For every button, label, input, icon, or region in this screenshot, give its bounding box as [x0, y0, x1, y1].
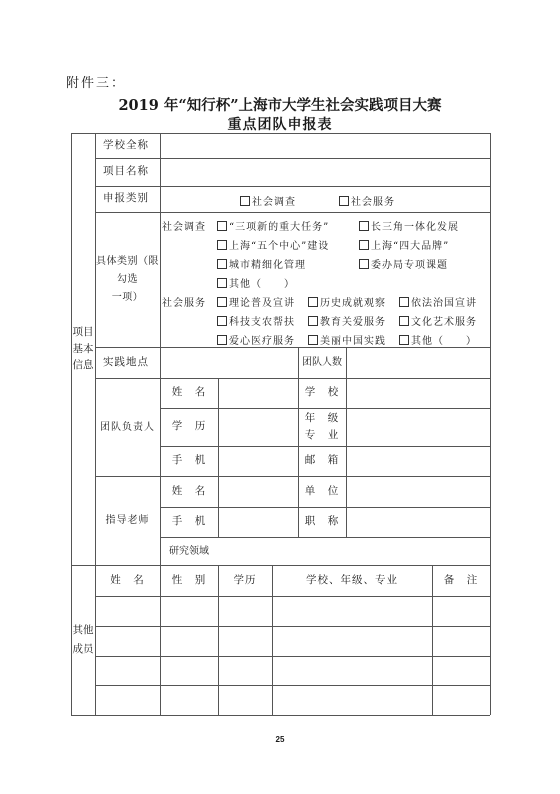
checkbox-icon[interactable] — [217, 278, 227, 288]
survey-option[interactable]: “三项新的重大任务” — [217, 218, 329, 233]
category-label: 申报类别 — [95, 186, 160, 212]
option-label: 城市精细化管理 — [229, 260, 306, 271]
location-field[interactable] — [160, 347, 298, 378]
checkbox-icon[interactable] — [308, 316, 318, 326]
members-col-remarks: 备 注 — [432, 565, 490, 596]
advisor-unit-label: 单 位 — [298, 476, 346, 507]
option-label: 依法治国宣讲 — [411, 298, 477, 309]
table-border-right — [490, 133, 491, 715]
option-label: 教育关爱服务 — [320, 317, 386, 328]
advisor-research-field[interactable] — [218, 537, 490, 565]
service-option[interactable]: 历史成就观察 — [308, 294, 386, 309]
survey-option[interactable]: 上海“五个中心”建设 — [217, 237, 329, 252]
section-label-project-info: 项目 基本 信息 — [71, 133, 95, 565]
option-label: 委办局专项课题 — [371, 260, 448, 271]
service-option[interactable]: 教育关爱服务 — [308, 313, 386, 328]
member-row[interactable] — [95, 656, 490, 685]
service-option[interactable]: 爱心医疗服务 — [217, 332, 295, 347]
service-option[interactable]: 文化艺术服务 — [399, 313, 477, 328]
advisor-unit-field[interactable] — [346, 476, 490, 507]
leader-phone-label: 手 机 — [160, 446, 218, 476]
category-option-service[interactable]: 社会服务 — [339, 193, 395, 208]
checkbox-icon[interactable] — [308, 297, 318, 307]
advisor-phone-field[interactable] — [218, 507, 298, 537]
members-col-gender: 性 别 — [160, 565, 218, 596]
service-option[interactable]: 依法治国宣讲 — [399, 294, 477, 309]
label-line: 专 业 — [305, 427, 340, 444]
option-label: 上海“五个中心”建设 — [229, 241, 329, 252]
label-line: 项目 — [73, 324, 94, 341]
checkbox-icon[interactable] — [217, 297, 227, 307]
option-label: 社会服务 — [351, 197, 395, 208]
leader-email-label: 邮 箱 — [298, 446, 346, 476]
members-col-school-grade-major: 学校、年级、专业 — [272, 565, 432, 596]
checkbox-icon[interactable] — [399, 316, 409, 326]
leader-school-field[interactable] — [346, 378, 490, 408]
checkbox-icon[interactable] — [217, 316, 227, 326]
label-line: 勾选 — [117, 271, 138, 289]
school-name-label: 学校全称 — [95, 133, 160, 158]
checkbox-icon[interactable] — [359, 221, 369, 231]
checkbox-icon[interactable] — [359, 259, 369, 269]
label-line: 其他 — [73, 621, 94, 640]
leader-name-label: 姓 名 — [160, 378, 218, 408]
option-label: 长三角一体化发展 — [371, 222, 459, 233]
option-label: 爱心医疗服务 — [229, 336, 295, 347]
survey-option[interactable]: 委办局专项课题 — [359, 256, 448, 271]
project-name-field[interactable] — [160, 158, 490, 186]
team-leader-label: 团队负责人 — [95, 378, 160, 476]
service-group-label: 社会服务 — [162, 294, 206, 309]
member-row[interactable] — [95, 596, 490, 626]
checkbox-icon[interactable] — [339, 196, 349, 206]
attachment-label: 附件三： — [66, 72, 126, 91]
survey-option[interactable]: 其他（ ） — [217, 275, 295, 290]
option-label: 上海“四大品牌” — [371, 241, 449, 252]
team-size-field[interactable] — [346, 347, 490, 378]
option-label: “三项新的重大任务” — [229, 222, 329, 233]
option-label: 文化艺术服务 — [411, 317, 477, 328]
leader-name-field[interactable] — [218, 378, 298, 408]
form-title: 2019 年“知行杯”上海市大学生社会实践项目大赛 — [0, 94, 560, 115]
label-line: 成员 — [73, 640, 94, 659]
location-label: 实践地点 — [95, 347, 160, 378]
checkbox-icon[interactable] — [399, 335, 409, 345]
checkbox-icon[interactable] — [217, 240, 227, 250]
label-line: 具体类别（限 — [96, 253, 159, 271]
advisor-title-field[interactable] — [346, 507, 490, 537]
advisor-phone-label: 手 机 — [160, 507, 218, 537]
label-line: 基本 — [73, 341, 94, 358]
option-label: 美丽中国实践 — [320, 336, 386, 347]
service-option[interactable]: 其他（ ） — [399, 332, 477, 347]
label-line: 信息 — [73, 357, 94, 374]
leader-education-field[interactable] — [218, 408, 298, 446]
label-line: 一项） — [112, 289, 144, 307]
advisor-name-field[interactable] — [218, 476, 298, 507]
team-size-label: 团队人数 — [298, 347, 346, 378]
option-label: 其他（ ） — [411, 336, 477, 347]
checkbox-icon[interactable] — [217, 335, 227, 345]
checkbox-icon[interactable] — [308, 335, 318, 345]
leader-grade-major-label: 年 级 专 业 — [298, 408, 346, 446]
option-label: 历史成就观察 — [320, 298, 386, 309]
form-subtitle: 重点团队申报表 — [0, 114, 560, 134]
leader-school-label: 学 校 — [298, 378, 346, 408]
category-option-survey[interactable]: 社会调查 — [240, 193, 296, 208]
option-label: 社会调查 — [252, 197, 296, 208]
advisor-title-label: 职 称 — [298, 507, 346, 537]
service-option[interactable]: 科技支农帮扶 — [217, 313, 295, 328]
advisor-research-label: 研究领域 — [160, 537, 218, 565]
service-option[interactable]: 美丽中国实践 — [308, 332, 386, 347]
option-label: 科技支农帮扶 — [229, 317, 295, 328]
member-row[interactable] — [95, 626, 490, 656]
members-col-education: 学历 — [218, 565, 272, 596]
survey-option[interactable]: 长三角一体化发展 — [359, 218, 459, 233]
school-name-field[interactable] — [160, 133, 490, 158]
page-number: 25 — [0, 735, 560, 744]
leader-email-field[interactable] — [346, 446, 490, 476]
member-row[interactable] — [95, 685, 490, 715]
members-col-name: 姓 名 — [95, 565, 160, 596]
survey-option[interactable]: 上海“四大品牌” — [359, 237, 449, 252]
leader-grade-major-field[interactable] — [346, 408, 490, 446]
section-label-other-members: 其他 成员 — [71, 565, 95, 715]
survey-option[interactable]: 城市精细化管理 — [217, 256, 306, 271]
specific-category-label: 具体类别（限 勾选 一项） — [95, 212, 160, 347]
checkbox-icon[interactable] — [359, 240, 369, 250]
label-line: 年 级 — [305, 410, 340, 427]
option-label: 其他（ ） — [229, 279, 295, 290]
leader-phone-field[interactable] — [218, 446, 298, 476]
table-border-bottom — [71, 715, 490, 716]
option-label: 理论普及宣讲 — [229, 298, 295, 309]
checkbox-icon[interactable] — [240, 196, 250, 206]
checkbox-icon[interactable] — [399, 297, 409, 307]
checkbox-icon[interactable] — [217, 221, 227, 231]
project-name-label: 项目名称 — [95, 158, 160, 186]
advisor-name-label: 姓 名 — [160, 476, 218, 507]
leader-education-label: 学 历 — [160, 408, 218, 446]
service-option[interactable]: 理论普及宣讲 — [217, 294, 295, 309]
checkbox-icon[interactable] — [217, 259, 227, 269]
advisor-label: 指导老师 — [95, 476, 160, 565]
survey-group-label: 社会调查 — [162, 218, 206, 233]
